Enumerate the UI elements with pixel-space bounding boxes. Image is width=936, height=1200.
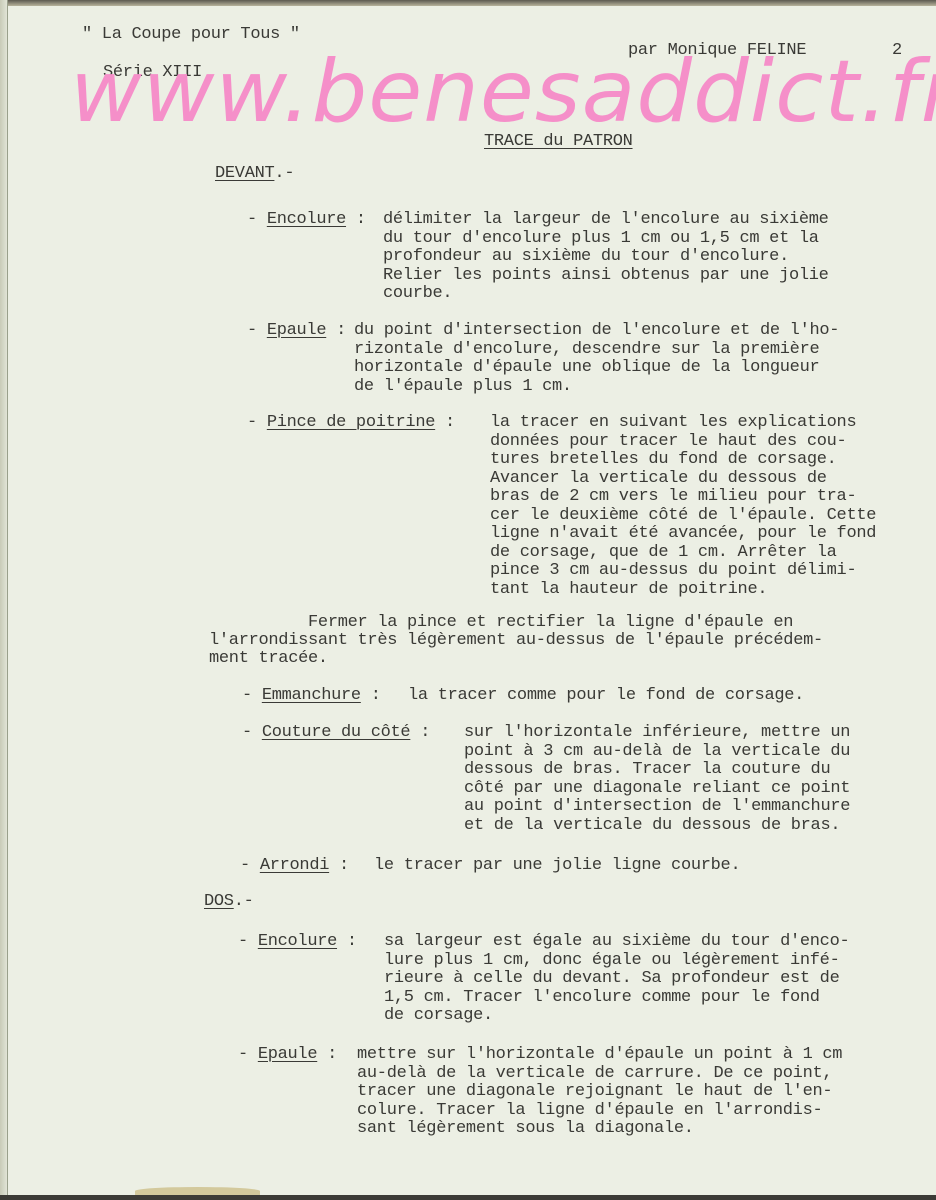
label-colon: : xyxy=(346,210,366,229)
item-label: Epaule xyxy=(267,321,326,340)
bullet-dash: - xyxy=(247,321,267,340)
item-devant-arrondi: - Arrondi : xyxy=(240,857,349,876)
item-label: Encolure xyxy=(267,210,346,229)
item-description: la tracer en suivant les explications do… xyxy=(490,414,876,599)
label-colon: : xyxy=(337,932,357,951)
bullet-dash: - xyxy=(240,856,260,875)
bullet-dash: - xyxy=(242,686,262,705)
section-heading-devant: DEVANT.- xyxy=(215,165,294,184)
label-colon: : xyxy=(410,723,430,742)
section-heading-suffix: .- xyxy=(234,892,254,911)
bullet-dash: - xyxy=(238,932,258,951)
label-colon: : xyxy=(317,1045,337,1064)
item-dos-encolure: - Encolure : xyxy=(238,933,357,952)
item-description: du point d'intersection de l'encolure et… xyxy=(354,322,839,396)
paper-stain xyxy=(135,1187,260,1195)
bullet-dash: - xyxy=(242,723,262,742)
item-label: Arrondi xyxy=(260,856,329,875)
item-label: Pince de poitrine xyxy=(267,413,435,432)
section-heading-suffix: .- xyxy=(274,164,294,183)
section-heading-text: DEVANT xyxy=(215,164,274,183)
label-colon: : xyxy=(435,413,455,432)
item-description: sa largeur est égale au sixième du tour … xyxy=(384,933,849,1026)
label-colon: : xyxy=(361,686,381,705)
paragraph-fermer-la-pince: Fermer la pince et rectifier la ligne d'… xyxy=(209,614,823,668)
watermark: www.benesaddict.fr xyxy=(70,42,936,142)
item-devant-emmanchure: - Emmanchure : xyxy=(242,687,381,706)
item-devant-epaule: - Epaule : xyxy=(247,322,346,341)
bullet-dash: - xyxy=(247,210,267,229)
item-devant-couture-du-cote: - Couture du côté : xyxy=(242,724,430,743)
bullet-dash: - xyxy=(247,413,267,432)
label-colon: : xyxy=(326,321,346,340)
item-label: Encolure xyxy=(258,932,337,951)
label-colon: : xyxy=(329,856,349,875)
item-label: Emmanchure xyxy=(262,686,361,705)
item-description: délimiter la largeur de l'encolure au si… xyxy=(383,211,829,304)
page-top-edge xyxy=(0,0,936,6)
bullet-dash: - xyxy=(238,1045,258,1064)
item-label: Epaule xyxy=(258,1045,317,1064)
page-bottom-edge xyxy=(0,1195,936,1200)
item-description: la tracer comme pour le fond de corsage. xyxy=(408,687,804,706)
item-description: sur l'horizontale inférieure, mettre un … xyxy=(464,724,850,835)
item-devant-pince-de-poitrine: - Pince de poitrine : xyxy=(247,414,455,433)
section-heading-dos: DOS.- xyxy=(204,893,254,912)
item-label: Couture du côté xyxy=(262,723,411,742)
item-devant-encolure: - Encolure : xyxy=(247,211,366,230)
item-description: le tracer par une jolie ligne courbe. xyxy=(374,857,740,876)
item-description: mettre sur l'horizontale d'épaule un poi… xyxy=(357,1046,842,1139)
page-left-edge xyxy=(0,0,8,1200)
section-heading-text: DOS xyxy=(204,892,234,911)
item-dos-epaule: - Epaule : xyxy=(238,1046,337,1065)
